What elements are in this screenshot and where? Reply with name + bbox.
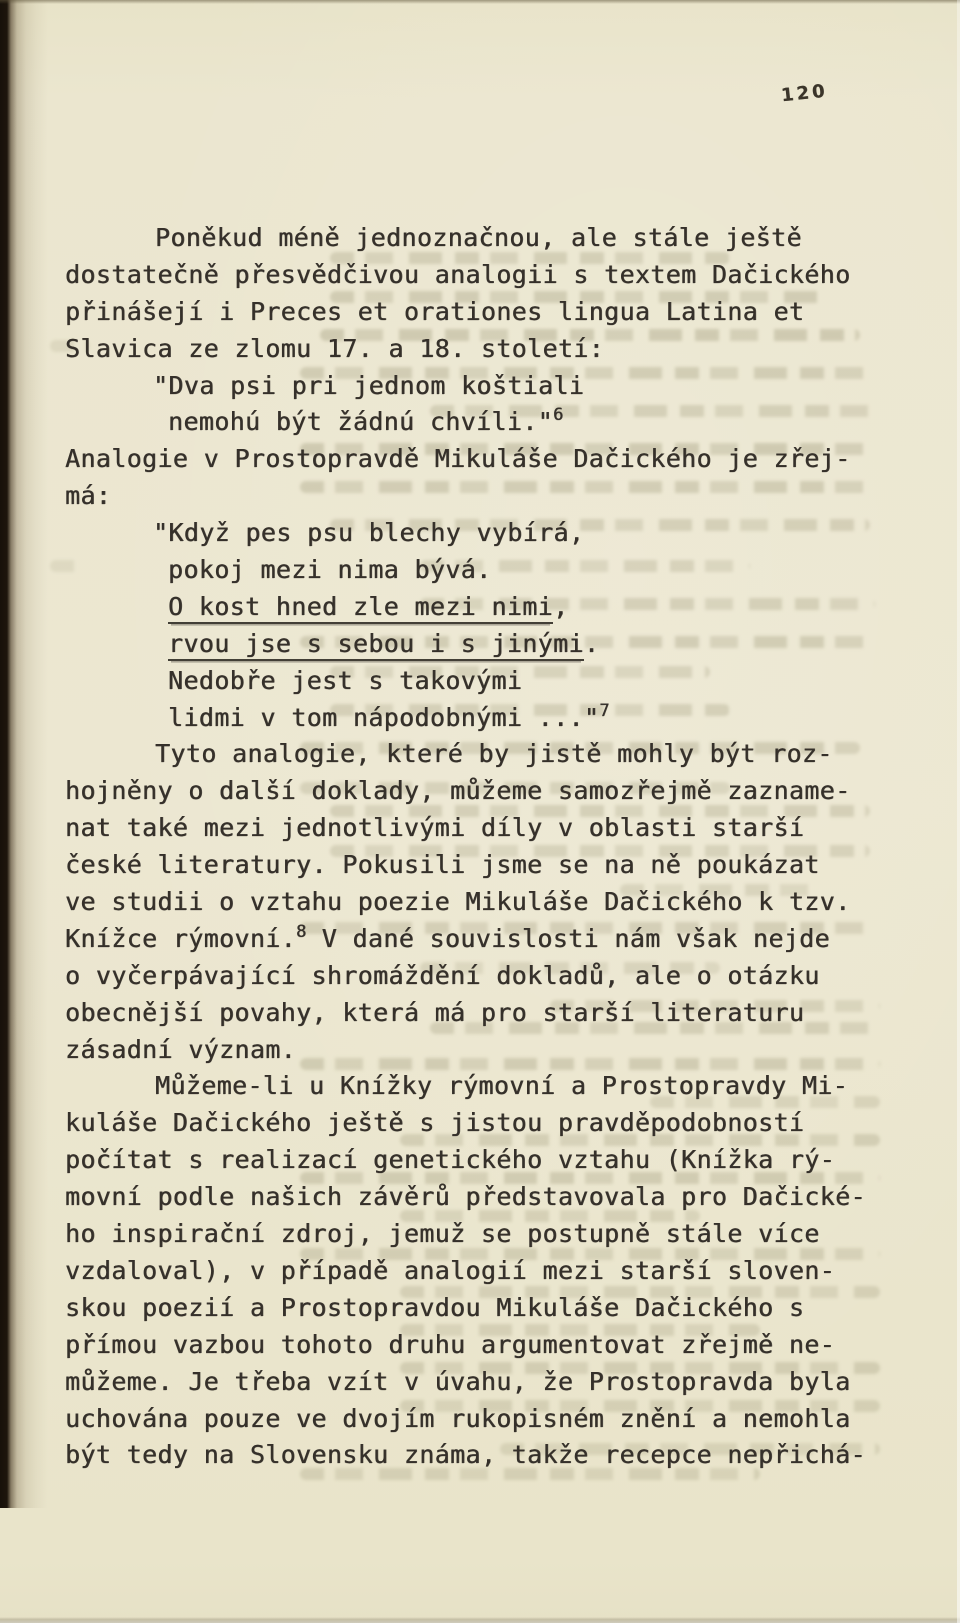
footnote-reference: 7: [599, 701, 609, 721]
text-line: rvou jse s sebou i s jinými.: [168, 626, 895, 663]
text-segment: Slavica ze zlomu 17. a 18. století:: [65, 334, 604, 363]
text-line: počítat s realizací genetického vztahu (…: [65, 1142, 895, 1179]
text-line: má:: [65, 478, 895, 515]
text-segment: obecnější povahy, která má pro starší li…: [65, 998, 804, 1027]
text-line: obecnější povahy, která má pro starší li…: [65, 995, 895, 1032]
underlined-text-segment: rvou jse s sebou i s jinými: [168, 629, 584, 662]
book-gutter-shadow: [0, 0, 48, 1508]
text-segment: Nedobře jest s takovými: [168, 666, 522, 695]
text-line: movní podle našich závěrů představovala …: [65, 1179, 895, 1216]
text-segment: skou poezií a Prostopravdou Mikuláše Dač…: [65, 1293, 804, 1322]
text-line: lidmi v tom nápodobnými ..."7: [168, 700, 895, 737]
text-line: "Když pes psu blechy vybírá,: [153, 515, 895, 552]
text-segment: pokoj mezi nima bývá.: [168, 555, 491, 584]
text-line: hojněny o další doklady, můžeme samozřej…: [65, 773, 895, 810]
text-segment: ,: [553, 592, 568, 621]
text-segment: Knížce rýmovní.: [65, 924, 296, 953]
text-line: o vyčerpávající shromáždění dokladů, ale…: [65, 958, 895, 995]
text-segment: být tedy na Slovensku známa, takže recep…: [65, 1440, 866, 1469]
text-line: "Dva psi pri jednom koštiali: [153, 368, 895, 405]
text-segment: můžeme. Je třeba vzít v úvahu, že Prosto…: [65, 1367, 850, 1396]
text-segment: uchována pouze ve dvojím rukopisném zněn…: [65, 1404, 850, 1433]
text-line: O kost hned zle mezi nimi,: [168, 589, 895, 626]
page-number: 120: [780, 81, 829, 107]
scan-edge-bottom: [0, 1617, 960, 1623]
text-segment: movní podle našich závěrů představovala …: [65, 1182, 866, 1211]
text-segment: hojněny o další doklady, můžeme samozřej…: [65, 776, 850, 805]
text-segment: Analogie v Prostopravdě Mikuláše Dačické…: [65, 444, 850, 473]
text-line: uchována pouze ve dvojím rukopisném zněn…: [65, 1401, 895, 1438]
text-segment: vzdaloval), v případě analogií mezi star…: [65, 1256, 835, 1285]
text-line: kuláše Dačického ještě s jistou pravděpo…: [65, 1105, 895, 1142]
text-line: skou poezií a Prostopravdou Mikuláše Dač…: [65, 1290, 895, 1327]
text-segment: zásadní význam.: [65, 1035, 296, 1064]
text-segment: nat také mezi jednotlivými díly v oblast…: [65, 813, 804, 842]
text-line: pokoj mezi nima bývá.: [168, 552, 895, 589]
text-line: nemohú být žádnú chvíli."6: [168, 404, 895, 441]
text-line: můžeme. Je třeba vzít v úvahu, že Prosto…: [65, 1364, 895, 1401]
text-line: přímou vazbou tohoto druhu argumentovat …: [65, 1327, 895, 1364]
text-line: zásadní význam.: [65, 1032, 895, 1069]
text-line: Můžeme-li u Knížky rýmovní a Prostopravd…: [155, 1068, 895, 1105]
text-segment: české literatury. Pokusili jsme se na ně…: [65, 850, 820, 879]
text-line: nat také mezi jednotlivými díly v oblast…: [65, 810, 895, 847]
text-line: Analogie v Prostopravdě Mikuláše Dačické…: [65, 441, 895, 478]
footnote-reference: 6: [553, 405, 563, 425]
text-line: Nedobře jest s takovými: [168, 663, 895, 700]
text-line: dostatečně přesvědčivou analogii s texte…: [65, 257, 895, 294]
text-line: Slavica ze zlomu 17. a 18. století:: [65, 331, 895, 368]
text-segment: Poněkud méně jednoznačnou, ale stále ješ…: [155, 223, 802, 252]
text-line: přinášejí i Preces et orationes lingua L…: [65, 294, 895, 331]
text-segment: přinášejí i Preces et orationes lingua L…: [65, 297, 804, 326]
text-segment: "Když pes psu blechy vybírá,: [153, 518, 584, 547]
text-segment: má:: [65, 481, 111, 510]
text-segment: nemohú být žádnú chvíli.": [168, 407, 553, 436]
text-segment: počítat s realizací genetického vztahu (…: [65, 1145, 835, 1174]
text-segment: kuláše Dačického ještě s jistou pravděpo…: [65, 1108, 804, 1137]
underlined-text-segment: O kost hned zle mezi nimi: [168, 592, 553, 625]
text-line: ho inspirační zdroj, jemuž se postupně s…: [65, 1216, 895, 1253]
text-segment: .: [584, 629, 599, 658]
scan-edge-top: [0, 0, 960, 4]
text-segment: Tyto analogie, které by jistě mohly být …: [155, 739, 833, 768]
text-line: ve studii o vztahu poezie Mikuláše Dačic…: [65, 884, 895, 921]
text-segment: dostatečně přesvědčivou analogii s texte…: [65, 260, 850, 289]
text-segment: o vyčerpávající shromáždění dokladů, ale…: [65, 961, 820, 990]
text-segment: ve studii o vztahu poezie Mikuláše Dačic…: [65, 887, 850, 916]
scanned-typewritten-page: 120 Poněkud méně jednoznačnou, ale stále…: [0, 0, 960, 1623]
text-segment: V dané souvislosti nám však nejde: [306, 924, 830, 953]
text-segment: Můžeme-li u Knížky rýmovní a Prostopravd…: [155, 1071, 848, 1100]
text-segment: ho inspirační zdroj, jemuž se postupně s…: [65, 1219, 820, 1248]
footnote-reference: 8: [296, 922, 306, 942]
text-line: Knížce rýmovní.8 V dané souvislosti nám …: [65, 921, 895, 958]
typewritten-text: Poněkud méně jednoznačnou, ale stále ješ…: [65, 220, 895, 1474]
text-line: Poněkud méně jednoznačnou, ale stále ješ…: [155, 220, 895, 257]
text-line: být tedy na Slovensku známa, takže recep…: [65, 1437, 895, 1474]
text-segment: přímou vazbou tohoto druhu argumentovat …: [65, 1330, 835, 1359]
text-line: Tyto analogie, které by jistě mohly být …: [155, 736, 895, 773]
text-line: české literatury. Pokusili jsme se na ně…: [65, 847, 895, 884]
text-line: vzdaloval), v případě analogií mezi star…: [65, 1253, 895, 1290]
text-segment: lidmi v tom nápodobnými ...": [168, 703, 599, 732]
text-segment: "Dva psi pri jednom koštiali: [153, 371, 584, 400]
